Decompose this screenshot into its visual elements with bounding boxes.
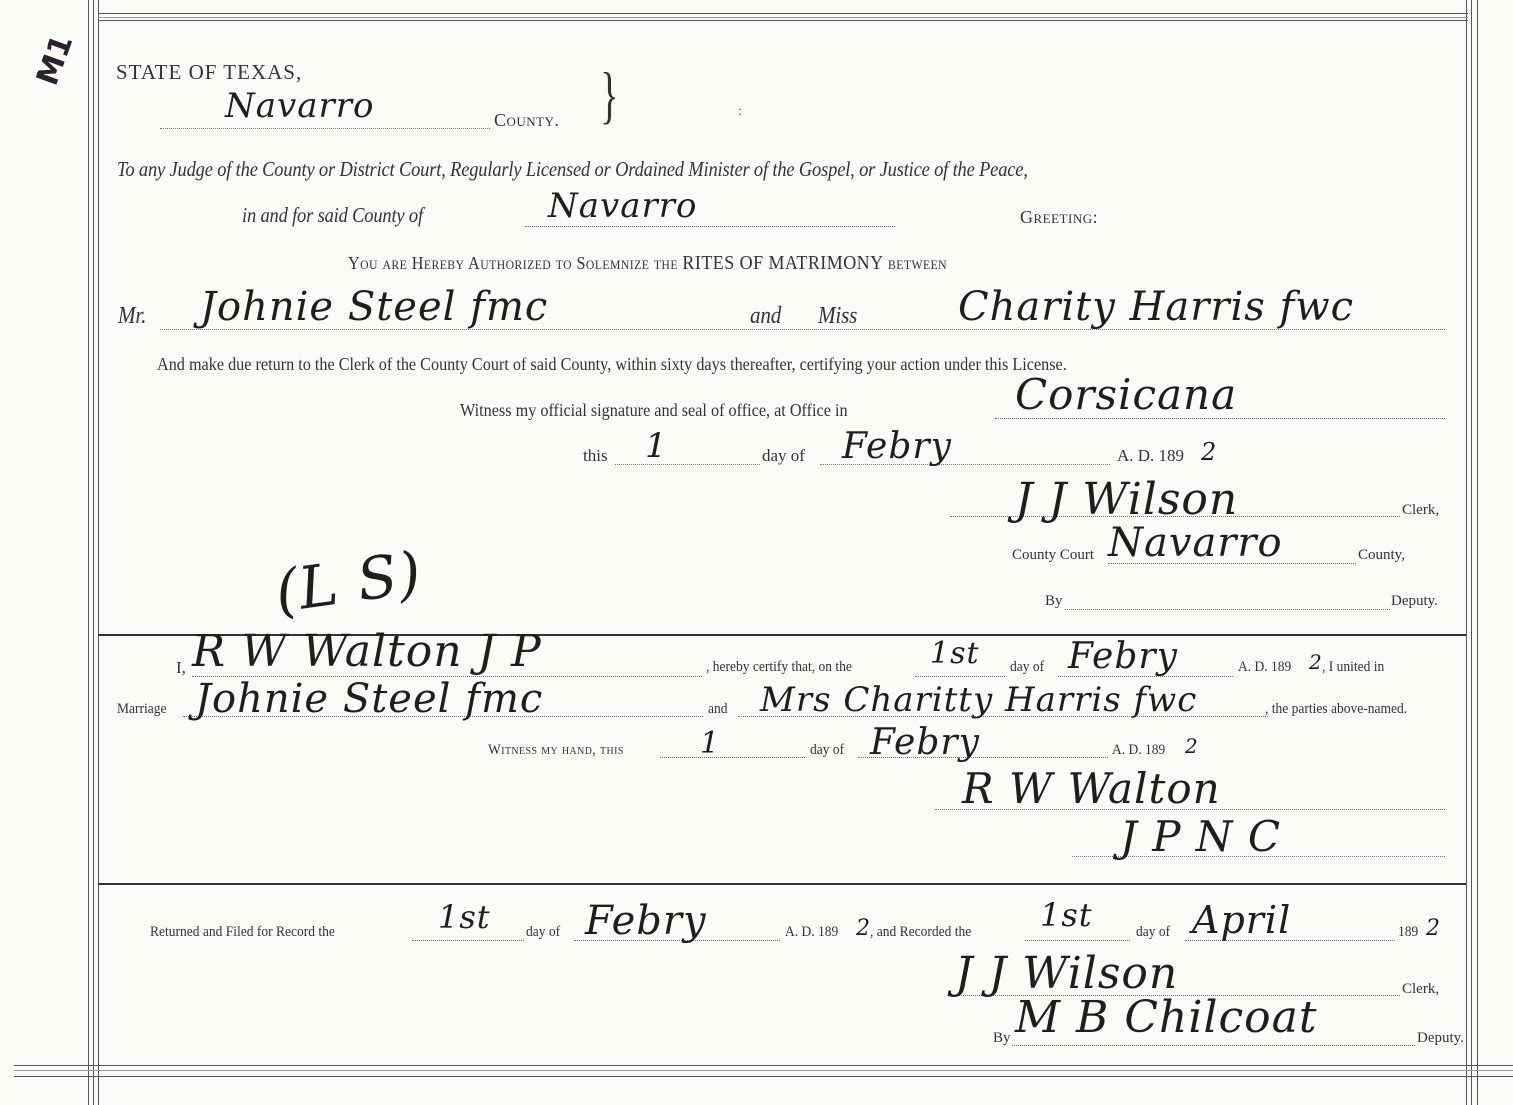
- left-border-line-inner: [98, 0, 99, 1105]
- filing-deputy-fill-line: [1012, 1045, 1415, 1046]
- bottom-border-line-1: [14, 1065, 1513, 1066]
- returned-year-digit: 2: [856, 916, 871, 941]
- officiant-signature: R W Walton: [962, 764, 1221, 813]
- top-border-line-1: [98, 13, 1468, 14]
- filing-clerk-label: Clerk,: [1402, 981, 1439, 998]
- top-border-line-2: [98, 17, 1468, 18]
- seal-handwritten: (L S): [271, 538, 426, 626]
- cert-groom-handwritten: Johnie Steel fmc: [195, 676, 543, 722]
- filing-by-label: By: [993, 1030, 1011, 1047]
- recorded-year-digit: 2: [1426, 916, 1441, 941]
- cert-day-of-label: day of: [1010, 659, 1044, 676]
- cert-month-handwritten: Febry: [1068, 636, 1178, 677]
- ad-label: A. D. 189: [1117, 446, 1184, 466]
- top-border-line-3: [98, 20, 1468, 21]
- bottom-border-line-3: [14, 1076, 1513, 1077]
- authorization-text-a: You are Hereby Authorized to Solemnize t…: [348, 253, 678, 273]
- left-border-line-mid: [93, 0, 94, 1105]
- cert-witness-text: Witness my hand, this: [488, 742, 624, 759]
- cert-year-digit: 2: [1309, 650, 1323, 674]
- county-fill-line: [160, 128, 490, 129]
- and-label: and: [750, 303, 781, 330]
- bottom-border-line-2: [14, 1070, 1513, 1071]
- left-border-line-outer: [88, 0, 89, 1105]
- cert-witness-day-of-label: day of: [810, 742, 844, 759]
- margin-note: M1: [30, 30, 80, 90]
- address-line-1: To any Judge of the County or District C…: [117, 157, 1028, 182]
- right-border-line-inner: [1466, 0, 1467, 1105]
- deputy-label: Deputy.: [1391, 593, 1438, 610]
- recorded-month-handwritten: April: [1192, 898, 1291, 942]
- address-line-2-prefix: in and for said County of: [242, 203, 423, 228]
- day-handwritten: 1: [645, 426, 668, 466]
- county-of-handwritten: Navarro: [548, 186, 697, 226]
- returned-day-of-label: day of: [526, 924, 560, 941]
- mr-label: Mr.: [118, 303, 146, 330]
- filing-deputy-label: Deputy.: [1417, 1030, 1464, 1047]
- united-text: , I united in: [1322, 659, 1384, 676]
- return-clause: And make due return to the Clerk of the …: [157, 354, 1067, 375]
- day-of-label: day of: [762, 446, 805, 466]
- bride-name-handwritten: Charity Harris fwc: [958, 284, 1354, 330]
- right-border-line-mid: [1471, 0, 1472, 1105]
- miss-label: Miss: [818, 303, 857, 330]
- cert-day-fill-line: [915, 676, 1005, 677]
- brace-glyph: }: [600, 58, 618, 132]
- recorded-day-handwritten: 1st: [1040, 896, 1093, 934]
- county-court-label: County Court: [1012, 547, 1094, 564]
- recorded-text: , and Recorded the: [870, 924, 971, 941]
- marriage-label: Marriage: [117, 701, 166, 718]
- parties-text: , the parties above-named.: [1265, 701, 1407, 718]
- authorization-text-c: between: [888, 253, 947, 273]
- authorization-line: You are Hereby Authorized to Solemnize t…: [348, 252, 947, 275]
- county-court-handwritten: Navarro: [1108, 520, 1283, 566]
- recorded-day-fill-line: [1025, 940, 1130, 941]
- right-border-line-outer: [1477, 0, 1478, 1105]
- colon-mark: :: [738, 104, 742, 120]
- county-handwritten: Navarro: [225, 86, 374, 126]
- greeting-label: Greeting:: [1020, 207, 1098, 228]
- returned-day-fill-line: [412, 940, 524, 941]
- county-of-fill-line: [525, 226, 895, 227]
- cert-witness-ad-label: A. D. 189: [1112, 742, 1165, 759]
- cert-witness-year-digit: 2: [1185, 734, 1199, 758]
- recorded-day-of-label: day of: [1136, 924, 1170, 941]
- day-fill-line: [615, 464, 760, 465]
- cert-witness-day-handwritten: 1: [700, 726, 720, 761]
- cert-day-handwritten: 1st: [930, 636, 980, 671]
- witness-text: Witness my official signature and seal o…: [460, 400, 848, 421]
- office-handwritten: Corsicana: [1015, 370, 1237, 419]
- groom-name-handwritten: Johnie Steel fmc: [200, 284, 548, 330]
- certify-text: , hereby certify that, on the: [706, 659, 852, 676]
- returned-text: Returned and Filed for Record the: [150, 924, 335, 941]
- returned-month-handwritten: Febry: [585, 898, 707, 944]
- county-label-2: County,: [1358, 547, 1405, 564]
- officiant-title: J P N C: [1120, 812, 1281, 861]
- officiant-handwritten: R W Walton J P: [192, 626, 542, 677]
- deputy-fill-line: [1065, 609, 1390, 610]
- cert-ad-label: A. D. 189: [1238, 659, 1291, 676]
- clerk-signature: J J Wilson: [1015, 474, 1238, 525]
- cert-and-label: and: [708, 701, 728, 718]
- recorded-year-prefix: 189: [1398, 924, 1418, 941]
- cert-witness-month-handwritten: Febry: [870, 722, 980, 763]
- state-heading: STATE OF TEXAS,: [116, 60, 302, 85]
- i-label: I,: [176, 658, 186, 678]
- year-digit-handwritten: 2: [1201, 438, 1217, 466]
- county-label: County.: [494, 110, 560, 131]
- clerk-label: Clerk,: [1402, 502, 1439, 519]
- this-label: this: [583, 446, 608, 466]
- month-handwritten: Febry: [842, 426, 952, 467]
- returned-ad-label: A. D. 189: [785, 924, 838, 941]
- authorization-text-b: RITES OF MATRIMONY: [682, 252, 883, 274]
- by-label: By: [1045, 593, 1063, 610]
- filing-deputy-signature: M B Chilcoat: [1015, 992, 1318, 1043]
- cert-witness-day-fill-line: [660, 757, 805, 758]
- returned-day-handwritten: 1st: [438, 898, 491, 936]
- cert-bride-handwritten: Mrs Charitty Harris fwc: [760, 680, 1197, 720]
- section-divider-2: [98, 883, 1466, 885]
